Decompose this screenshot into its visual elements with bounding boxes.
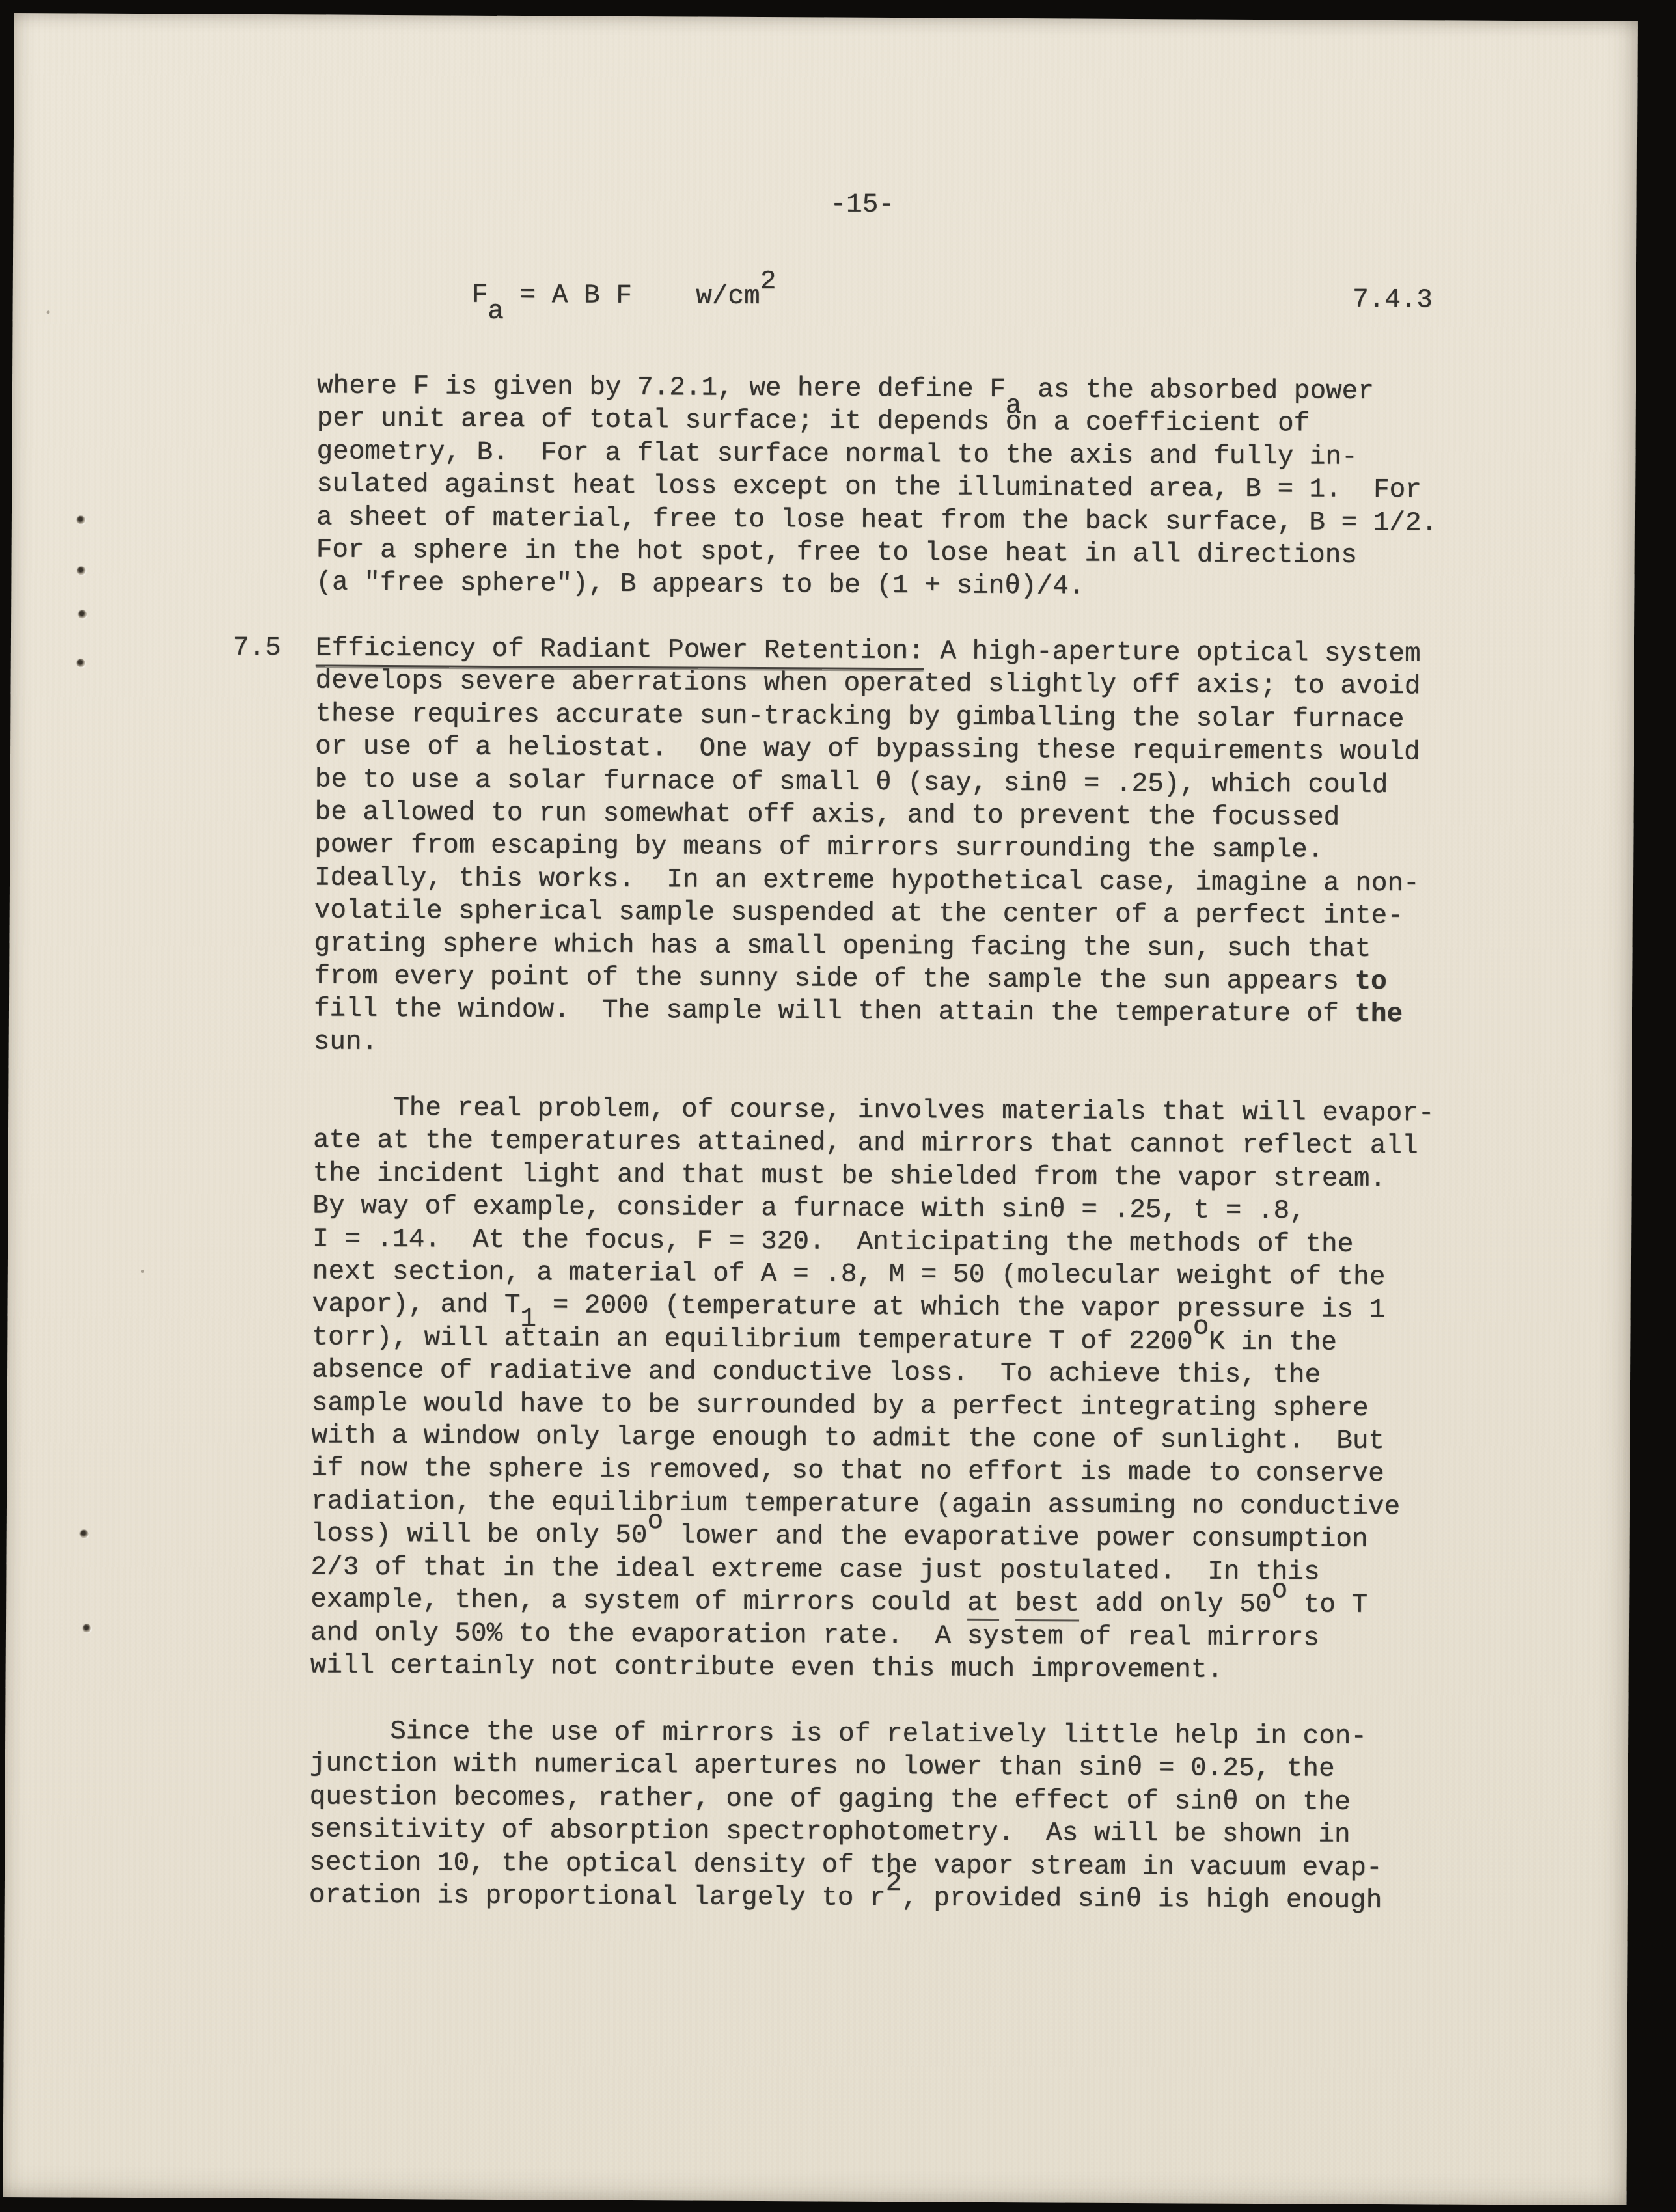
text-line: absence of radiative and conductive loss…	[312, 1354, 1433, 1393]
text-line: Fa = A B F w/cm2 7.4.3	[472, 279, 1433, 317]
pin-hole	[77, 516, 85, 525]
text-run: 2	[760, 267, 776, 297]
text-run: sample would have to be surrounded by a …	[312, 1388, 1369, 1424]
text-line: By way of example, consider a furnace wi…	[312, 1190, 1434, 1229]
text-run: the	[1354, 1000, 1403, 1030]
page-number: -15-	[830, 189, 894, 222]
text-run: at	[967, 1589, 999, 1621]
text-line: oration is proportional largely to r2, p…	[309, 1879, 1382, 1917]
paper-speck	[47, 310, 50, 314]
text-run: geometry, B. For a flat surface normal t…	[316, 437, 1357, 472]
text-run	[776, 282, 1353, 315]
text-line: volatile spherical sample suspended at t…	[314, 895, 1420, 933]
text-run: add only 50	[1079, 1589, 1271, 1620]
text-run: next section, a material of A = .8, M = …	[312, 1257, 1386, 1292]
text-run: sun.	[314, 1027, 378, 1058]
text-line: The real problem, of course, involves ma…	[313, 1091, 1435, 1130]
text-run: where F is given by 7.2.1, we here defin…	[317, 371, 1006, 405]
text-run: F	[472, 280, 488, 310]
pin-hole	[77, 567, 85, 575]
text-run: will certainly not contribute even this …	[310, 1650, 1224, 1685]
text-run: The real problem, of course, involves ma…	[313, 1093, 1434, 1128]
text-run: volatile spherical sample suspended at t…	[314, 896, 1403, 932]
text-run: power from escaping by means of mirrors …	[314, 830, 1323, 866]
text-line: if now the sphere is removed, so that no…	[311, 1453, 1433, 1491]
text-run: I = .14. At the focus, F = 320. Anticipa…	[312, 1224, 1353, 1259]
text-line: be to use a solar furnace of small θ (sa…	[315, 763, 1420, 802]
text-line: loss) will be only 50o lower and the eva…	[311, 1518, 1433, 1557]
text-line: junction with numerical apertures no low…	[310, 1748, 1383, 1786]
text-run: Since the use of mirrors is of relativel…	[310, 1716, 1367, 1752]
text-run: oration is proportional largely to r	[309, 1880, 886, 1913]
text-run: the incident light and that must be shie…	[313, 1158, 1386, 1194]
text-line: these requires accurate sun-tracking by …	[315, 698, 1420, 736]
text-line: next section, a material of A = .8, M = …	[312, 1255, 1434, 1294]
pin-hole	[77, 659, 85, 668]
text-run: absence of radiative and conductive loss…	[312, 1356, 1321, 1391]
text-run: -15-	[830, 190, 894, 221]
pin-hole	[80, 1530, 89, 1538]
text-line: Ideally, this works. In an extreme hypot…	[314, 862, 1420, 900]
text-line: be allowed to run somewhat off axis, and…	[314, 796, 1420, 834]
text-run: 7.5	[233, 632, 281, 665]
text-line: sensitivity of absorption spectrophotome…	[309, 1814, 1382, 1852]
text-run: to T	[1287, 1590, 1367, 1620]
text-run: K in the	[1209, 1327, 1337, 1358]
paragraph-intro: where F is given by 7.2.1, we here defin…	[316, 370, 1438, 605]
text-run: For a sphere in the hot spot, free to lo…	[316, 535, 1357, 570]
text-line: sample would have to be surrounded by a …	[312, 1387, 1433, 1425]
paragraph-real-problem: The real problem, of course, involves ma…	[310, 1091, 1435, 1687]
text-line: -15-	[830, 189, 894, 222]
pin-hole-group	[14, 13, 1638, 21]
text-run: section 10, the optical density of the v…	[309, 1848, 1382, 1883]
text-line: Since the use of mirrors is of relativel…	[310, 1715, 1383, 1753]
text-run: 1	[520, 1304, 536, 1334]
paragraph-since-mirrors: Since the use of mirrors is of relativel…	[309, 1715, 1383, 1917]
text-line: sun.	[314, 1026, 1419, 1064]
text-line: grating sphere which has a small opening…	[314, 927, 1419, 966]
text-run: vapor), and T	[312, 1290, 520, 1321]
text-run: (a "free sphere"), B appears to be (1 + …	[316, 568, 1084, 602]
text-run: fill the window. The sample will then at…	[314, 994, 1354, 1030]
text-run: o	[647, 1507, 663, 1536]
text-run: or use of a heliostat. One way of bypass…	[315, 732, 1420, 768]
document-page: -15- Fa = A B F w/cm2 7.4.3 where F is g…	[3, 13, 1638, 2205]
text-line: develops severe aberrations when operate…	[315, 665, 1420, 703]
text-line: a sheet of material, free to lose heat f…	[316, 501, 1438, 539]
section-7-5: 7.5Efficiency of Radiant Power Retention…	[314, 632, 1421, 1064]
text-run: 2/3 of that in the ideal extreme case ju…	[310, 1552, 1319, 1587]
text-run: Ideally, this works. In an extreme hypot…	[314, 863, 1420, 899]
text-run: example, then, a system of mirrors could	[310, 1585, 967, 1618]
scan-background: { "colors": { "background": "#0d0c0a", "…	[0, 0, 1676, 2212]
text-line: with a window only large enough to admit…	[311, 1419, 1433, 1458]
text-line: and only 50% to the evaporation rate. A …	[310, 1617, 1432, 1655]
text-run: be to use a solar furnace of small θ (sa…	[315, 765, 1388, 800]
text-run: and only 50% to the evaporation rate. A …	[310, 1618, 1319, 1653]
text-run: = A B F w/cm	[504, 280, 760, 312]
text-line: geometry, B. For a flat surface normal t…	[316, 435, 1438, 474]
text-run: torr), will attain an equilibrium temper…	[312, 1322, 1192, 1357]
text-line: radiation, the equilibrium temperature (…	[311, 1485, 1433, 1523]
text-run: , provided sinθ is high enough	[901, 1883, 1382, 1916]
text-run: 7.4.3	[1353, 285, 1433, 316]
text-run: from every point of the sunny side of th…	[314, 961, 1354, 996]
text-run: By way of example, consider a furnace wi…	[312, 1192, 1306, 1227]
text-run: radiation, the equilibrium temperature (…	[311, 1486, 1400, 1522]
text-line: section 10, the optical density of the v…	[309, 1846, 1382, 1885]
text-run: as the absorbed power	[1021, 375, 1374, 407]
text-line: or use of a heliostat. One way of bypass…	[315, 731, 1420, 769]
text-run: lower and the evaporative power consumpt…	[663, 1522, 1368, 1555]
underlined-heading-text: Efficiency of Radiant Power Retention:	[316, 633, 924, 670]
text-line: 2/3 of that in the ideal extreme case ju…	[310, 1551, 1432, 1589]
text-line: where F is given by 7.2.1, we here defin…	[317, 370, 1438, 408]
text-run: A high-aperture optical system	[924, 636, 1421, 669]
text-run: o	[1193, 1313, 1209, 1343]
text-line: power from escaping by means of mirrors …	[314, 829, 1420, 867]
text-line: will certainly not contribute even this …	[310, 1649, 1432, 1687]
pin-hole	[78, 610, 87, 619]
text-line: question becomes, rather, one of gaging …	[310, 1781, 1383, 1819]
text-run: junction with numerical apertures no low…	[310, 1749, 1335, 1784]
text-line: example, then, a system of mirrors could…	[310, 1584, 1432, 1622]
equation-block: Fa = A B F w/cm2 7.4.3	[472, 279, 1433, 317]
text-line: For a sphere in the hot spot, free to lo…	[316, 534, 1438, 572]
text-run: per unit area of total surface; it depen…	[317, 404, 1310, 439]
text-run: develops severe aberrations when operate…	[316, 666, 1421, 702]
text-run: o	[1271, 1576, 1287, 1605]
text-run: question becomes, rather, one of gaging …	[310, 1782, 1351, 1817]
paper-speck	[141, 1270, 144, 1273]
text-run: = 2000 (temperature at which the vapor p…	[536, 1291, 1385, 1326]
text-line: ate at the temperatures attained, and mi…	[313, 1125, 1435, 1163]
text-run: 2	[886, 1869, 902, 1899]
text-line: the incident light and that must be shie…	[313, 1157, 1435, 1195]
text-run: ate at the temperatures attained, and mi…	[313, 1126, 1418, 1162]
text-line: I = .14. At the focus, F = 320. Anticipa…	[312, 1223, 1434, 1261]
text-line: per unit area of total surface; it depen…	[317, 403, 1438, 441]
text-line: 7.5Efficiency of Radiant Power Retention…	[316, 632, 1421, 670]
text-run: to	[1354, 967, 1386, 997]
text-run	[999, 1589, 1015, 1618]
text-run: these requires accurate sun-tracking by …	[315, 699, 1404, 735]
text-run: loss) will be only 50	[311, 1520, 648, 1551]
text-line: (a "free sphere"), B appears to be (1 + …	[316, 567, 1437, 605]
text-run: best	[1015, 1589, 1080, 1622]
pin-hole	[83, 1624, 91, 1633]
text-run: a	[1006, 391, 1022, 421]
text-run: a sheet of material, free to lose heat f…	[316, 502, 1437, 538]
text-run: a	[488, 297, 504, 327]
text-run: with a window only large enough to admit…	[311, 1421, 1384, 1456]
text-run: if now the sphere is removed, so that no…	[311, 1454, 1384, 1490]
text-run: be allowed to run somewhat off axis, and…	[314, 797, 1339, 832]
text-run: grating sphere which has a small opening…	[314, 929, 1371, 964]
text-line: vapor), and T1 = 2000 (temperature at wh…	[312, 1289, 1433, 1327]
text-run: sensitivity of absorption spectrophotome…	[309, 1815, 1350, 1850]
text-line: fill the window. The sample will then at…	[314, 993, 1419, 1031]
text-line: sulated against heat loss except on the …	[316, 469, 1438, 507]
text-line: from every point of the sunny side of th…	[314, 960, 1419, 998]
text-run: sulated against heat loss except on the …	[316, 470, 1422, 506]
text-line: torr), will attain an equilibrium temper…	[312, 1321, 1433, 1359]
